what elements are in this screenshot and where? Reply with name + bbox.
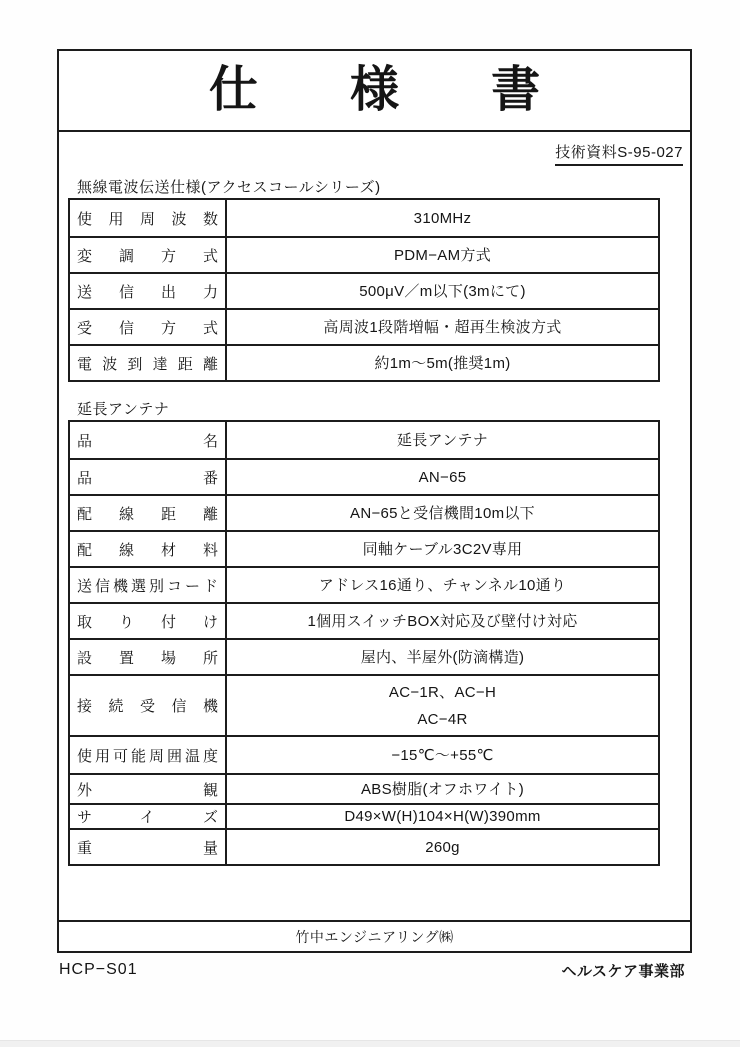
spec-table-row: 接続受信機AC−1R、AC−H AC−4R	[70, 674, 658, 735]
spec-label: 配線材料	[77, 539, 218, 560]
spec-label-cell: 変調方式	[70, 238, 227, 272]
spec-label-cell: 設置場所	[70, 640, 227, 674]
spec-label: 設置場所	[77, 647, 218, 668]
spec-label-cell: 外観	[70, 775, 227, 803]
spec-table-row: 送信出力500μV／m以下(3mにて)	[70, 272, 658, 308]
spec-label: 送信機選別コード	[77, 575, 218, 596]
spec-table-row: 重量260g	[70, 828, 658, 864]
spec-label-cell: 配線材料	[70, 532, 227, 566]
spec-table-row: 使用可能周囲温度−15℃〜+55℃	[70, 735, 658, 773]
spec-label: 変調方式	[77, 245, 218, 266]
spec-table-row: サイズD49×W(H)104×H(W)390mm	[70, 803, 658, 828]
spec-value: AN−65と受信機間10m以下	[227, 496, 658, 530]
spec-label-cell: 重量	[70, 830, 227, 864]
spec-label: 使用周波数	[77, 208, 218, 229]
spec-label: 受信方式	[77, 317, 218, 338]
spec-label: 使用可能周囲温度	[77, 745, 218, 766]
spec-label: 接続受信機	[77, 695, 218, 716]
spec-label: 品名	[77, 430, 218, 451]
spec-label: 重量	[77, 837, 218, 858]
section2-heading: 延長アンテナ	[77, 398, 169, 419]
title-band: 仕様書	[57, 49, 692, 132]
antenna-spec-table: 品名延長アンテナ品番AN−65配線距離AN−65と受信機間10m以下配線材料同軸…	[68, 420, 660, 866]
spec-label-cell: 接続受信機	[70, 676, 227, 735]
spec-value: 約1m〜5m(推奨1m)	[227, 346, 658, 380]
spec-table-row: 配線距離AN−65と受信機間10m以下	[70, 494, 658, 530]
spec-value: PDM−AM方式	[227, 238, 658, 272]
spec-label: 取り付け	[77, 611, 218, 632]
spec-label-cell: 送信機選別コード	[70, 568, 227, 602]
spec-table-row: 受信方式高周波1段階増幅・超再生検波方式	[70, 308, 658, 344]
spec-value: 同軸ケーブル3C2V専用	[227, 532, 658, 566]
spec-label-cell: 取り付け	[70, 604, 227, 638]
doc-number: 技術資料S-95-027	[555, 141, 683, 166]
spec-value: 500μV／m以下(3mにて)	[227, 274, 658, 308]
spec-table-row: 配線材料同軸ケーブル3C2V専用	[70, 530, 658, 566]
spec-value: D49×W(H)104×H(W)390mm	[227, 805, 658, 828]
company-strip: 竹中エンジニアリング㈱	[57, 920, 692, 953]
spec-table-row: 品番AN−65	[70, 458, 658, 494]
section1-heading: 無線電波伝送仕様(アクセスコールシリーズ)	[77, 176, 381, 197]
spec-label: サイズ	[77, 806, 218, 827]
spec-label-cell: 配線距離	[70, 496, 227, 530]
spec-label-cell: 送信出力	[70, 274, 227, 308]
spec-value: アドレス16通り、チャンネル10通り	[227, 568, 658, 602]
spec-label-cell: 使用可能周囲温度	[70, 737, 227, 773]
spec-label-cell: サイズ	[70, 805, 227, 828]
spec-table-row: 電波到達距離約1m〜5m(推奨1m)	[70, 344, 658, 380]
spec-value: 260g	[227, 830, 658, 864]
footer-doc-code: HCP−S01	[59, 961, 138, 979]
spec-label: 配線距離	[77, 503, 218, 524]
spec-table-row: 変調方式PDM−AM方式	[70, 236, 658, 272]
spec-label: 品番	[77, 467, 218, 488]
spec-value: 高周波1段階増幅・超再生検波方式	[227, 310, 658, 344]
spec-value: 延長アンテナ	[227, 422, 658, 458]
spec-label-cell: 受信方式	[70, 310, 227, 344]
spec-value: 1個用スイッチBOX対応及び壁付け対応	[227, 604, 658, 638]
spec-table-row: 取り付け1個用スイッチBOX対応及び壁付け対応	[70, 602, 658, 638]
spec-table-row: 設置場所屋内、半屋外(防滴構造)	[70, 638, 658, 674]
spec-table-row: 送信機選別コードアドレス16通り、チャンネル10通り	[70, 566, 658, 602]
scan-edge	[0, 1040, 740, 1047]
spec-value: AN−65	[227, 460, 658, 494]
footer-division: ヘルスケア事業部	[561, 960, 685, 981]
spec-table-row: 品名延長アンテナ	[70, 422, 658, 458]
spec-value: −15℃〜+55℃	[227, 737, 658, 773]
spec-label: 電波到達距離	[77, 353, 218, 374]
spec-value: 310MHz	[227, 200, 658, 236]
spec-label-cell: 品番	[70, 460, 227, 494]
spec-label: 外観	[77, 779, 218, 800]
spec-label-cell: 品名	[70, 422, 227, 458]
spec-label-cell: 使用周波数	[70, 200, 227, 236]
spec-value: ABS樹脂(オフホワイト)	[227, 775, 658, 803]
company-name: 竹中エンジニアリング㈱	[295, 927, 453, 947]
spec-table-row: 使用周波数310MHz	[70, 200, 658, 236]
document-sheet: 仕様書 技術資料S-95-027 無線電波伝送仕様(アクセスコールシリーズ) 使…	[0, 0, 740, 1047]
radio-spec-table: 使用周波数310MHz変調方式PDM−AM方式送信出力500μV／m以下(3mに…	[68, 198, 660, 382]
spec-value: 屋内、半屋外(防滴構造)	[227, 640, 658, 674]
spec-table-row: 外観ABS樹脂(オフホワイト)	[70, 773, 658, 803]
spec-value: AC−1R、AC−H AC−4R	[227, 676, 658, 735]
spec-label-cell: 電波到達距離	[70, 346, 227, 380]
page-title: 仕様書	[209, 66, 632, 115]
spec-label: 送信出力	[77, 281, 218, 302]
